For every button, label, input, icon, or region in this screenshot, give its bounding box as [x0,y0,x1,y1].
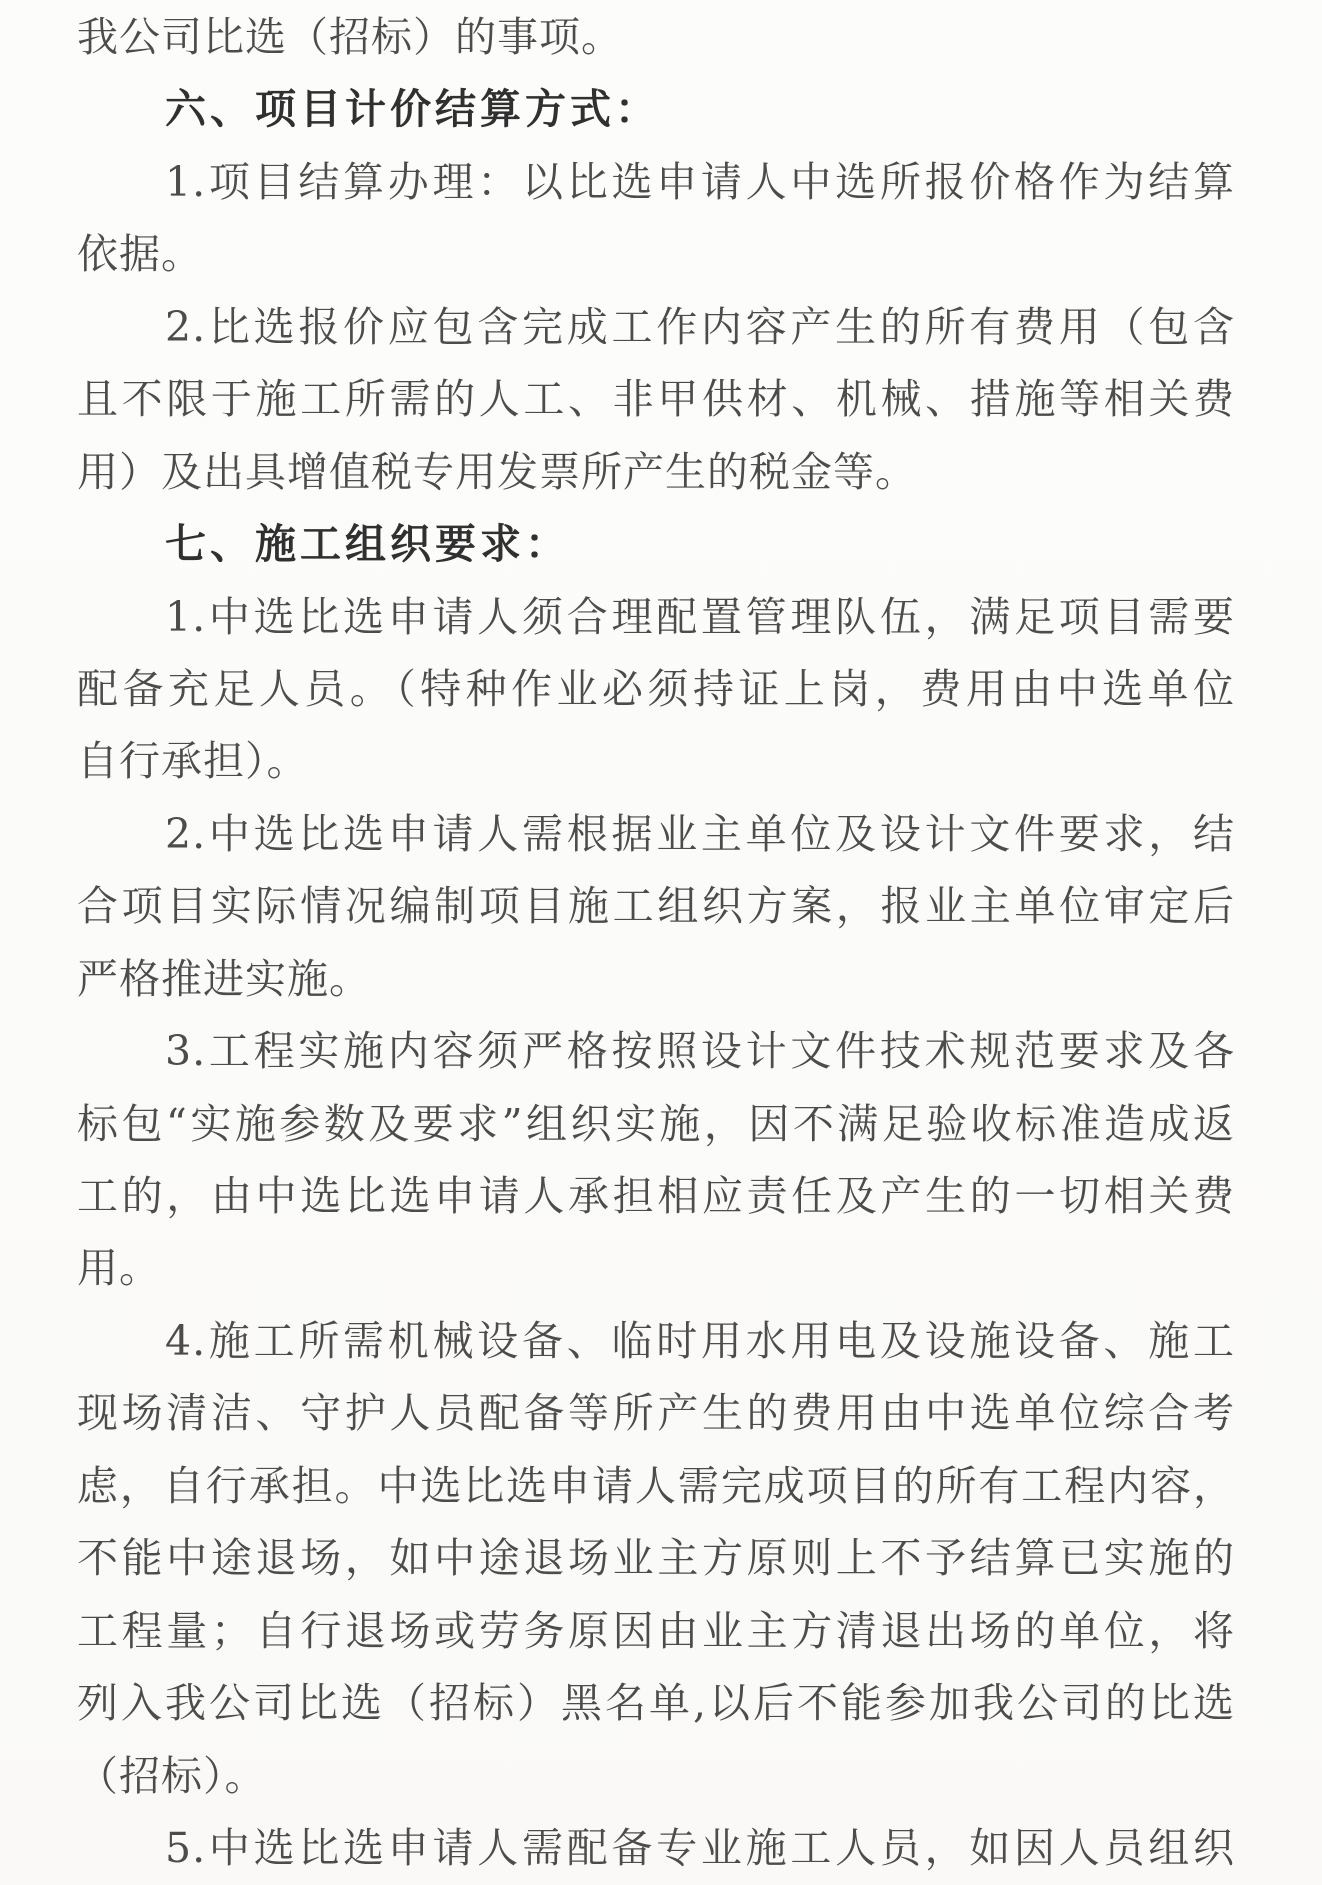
text-line: 依据。 [77,218,1235,290]
text-line: 2.比选报价应包含完成工作内容产生的所有费用（包含 [77,291,1235,363]
text-line: 1.项目结算办理：以比选申请人中选所报价格作为结算 [77,146,1235,218]
text-line: 合项目实际情况编制项目施工组织方案，报业主单位审定后 [77,870,1235,942]
text-line: 现场清洁、守护人员配备等所产生的费用由中选单位综合考 [77,1377,1235,1449]
text-line: 1.中选比选申请人须合理配置管理队伍，满足项目需要 [77,581,1235,653]
text-line: 不能中途退场，如中途退场业主方原则上不予结算已实施的 [77,1522,1235,1594]
document-text-block: 我公司比选（招标）的事项。六、项目计价结算方式：1.项目结算办理：以比选申请人中… [77,1,1235,1884]
text-line: 用。 [77,1232,1235,1304]
document-page: 我公司比选（招标）的事项。六、项目计价结算方式：1.项目结算办理：以比选申请人中… [0,0,1322,1885]
text-line: 用）及出具增值税专用发票所产生的税金等。 [77,436,1235,508]
text-line: 工的，由中选比选申请人承担相应责任及产生的一切相关费 [77,1160,1235,1232]
section-heading: 六、项目计价结算方式： [77,73,1235,145]
text-line: 3.工程实施内容须严格按照设计文件技术规范要求及各 [77,1015,1235,1087]
text-line: 自行承担）。 [77,725,1235,797]
text-line: （招标）。 [77,1740,1235,1812]
text-line: 虑，自行承担。中选比选申请人需完成项目的所有工程内容， [77,1450,1235,1522]
text-line: 严格推进实施。 [77,943,1235,1015]
text-line: 且不限于施工所需的人工、非甲供材、机械、措施等相关费 [77,363,1235,435]
text-line: 工程量；自行退场或劳务原因由业主方清退出场的单位，将 [77,1595,1235,1667]
text-line: 4.施工所需机械设备、临时用水用电及设施设备、施工 [77,1305,1235,1377]
text-line: 配备充足人员。（特种作业必须持证上岗，费用由中选单位 [77,653,1235,725]
text-line: 标包“实施参数及要求”组织实施，因不满足验收标准造成返 [77,1088,1235,1160]
section-heading: 七、施工组织要求： [77,508,1235,580]
text-line: 我公司比选（招标）的事项。 [77,1,1235,73]
text-line: 列入我公司比选（招标）黑名单,以后不能参加我公司的比选 [77,1667,1235,1739]
text-line: 2.中选比选申请人需根据业主单位及设计文件要求，结 [77,798,1235,870]
text-line: 5.中选比选申请人需配备专业施工人员，如因人员组织 [77,1812,1235,1884]
